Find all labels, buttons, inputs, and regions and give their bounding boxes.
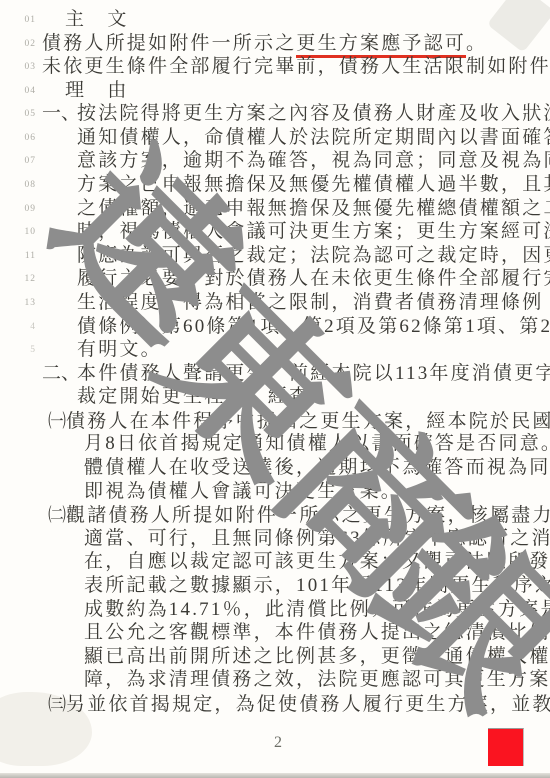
document-line: 在，自應以裁定認可該更生方案；又觀司法院所發佈之統計 xyxy=(0,550,550,574)
text-run: 體債權人在收受送達後，逾期均不為確答而視為同意，依法 xyxy=(84,457,550,478)
document-line: 障，為求清理債務之效，法院更應認可其更生方案。 xyxy=(0,668,550,692)
line-number: 09 xyxy=(0,201,36,217)
line-number: 02 xyxy=(0,36,36,52)
document-line: 04理 由 xyxy=(0,79,550,103)
document-line: 二、本件債務人聲請更生，前經本院以113年度消債更字第號 xyxy=(0,362,550,386)
document-line: 裁定開始更生程序。經查： xyxy=(0,385,550,409)
text-run: 障，為求清理債務之效，法院更應認可其更生方案。 xyxy=(84,669,550,690)
document-line: 02債務人所提如附件一所示之更生方案應予認可。 xyxy=(0,32,550,56)
sublist-marker: ㈡ xyxy=(48,503,66,527)
text-run: 成數約為14.71％，此清償比例亦可作為更生方案是否適當 xyxy=(84,599,550,620)
line-number: 11 xyxy=(0,248,36,264)
page-number: 2 xyxy=(258,734,298,752)
text-run: 通知債權人，命債權人於法院所定期間內以書面確答是否同 xyxy=(77,127,550,148)
red-underlined-text: 更生方案應予認可 xyxy=(296,33,466,58)
text-run: 時，視為債權人會議可決更生方案；更生方案經可決者，法 xyxy=(77,221,550,242)
line-number: 08 xyxy=(0,177,36,193)
line-number: 10 xyxy=(0,224,36,240)
document-line: 10時，視為債權人會議可決更生方案；更生方案經可決者，法 xyxy=(0,220,550,244)
text-run: 觀諸債務人所提如附件一所示之更生方案，核屬盡力清償而 xyxy=(66,505,550,526)
text-run: 生活程度，得為相當之限制，消費者債務清理條例（下稱消 xyxy=(77,292,550,313)
document-line: 適當、可行，且無同條例第63條所定不應認可之消極事由存 xyxy=(0,527,550,551)
text-run: 主 文 xyxy=(65,9,129,30)
document-line: 表所記載之數據顯示，101年至113年間更生程序之平均清償 xyxy=(0,574,550,598)
text-run: 債務人在本件程序中提出之更生方案，經本院於民國114年4 xyxy=(66,411,550,432)
text-run: 顯已高出前開所述之比例甚多，更徵普通債權人權益之保 xyxy=(84,646,550,667)
line-number: 01 xyxy=(0,12,36,28)
document-line: 08方案之已申報無擔保及無優先權債權人過半數，且其所代表 xyxy=(0,173,550,197)
text-run: 。 xyxy=(466,33,487,54)
text-run: 未依更生條件全部履行完畢前，債務人生活限制如附件二所示。 xyxy=(42,56,550,77)
document-line: 月8日依首揭規定通知債權人以書面確答是否同意。本件全 xyxy=(0,432,550,456)
document-line: ㈡觀諸債務人所提如附件一所示之更生方案，核屬盡力清償而 xyxy=(0,503,550,527)
document-line: 06通知債權人，命債權人於法院所定期間內以書面確答是否同 xyxy=(0,126,550,150)
line-number: 13 xyxy=(0,295,36,311)
list-marker: 二、 xyxy=(42,362,77,386)
document-line: 成數約為14.71％，此清償比例亦可作為更生方案是否適當 xyxy=(0,598,550,622)
line-number: 12 xyxy=(0,271,36,287)
text-run: 另並依首揭規定，為促使債務人履行更生方案，並教育其合 xyxy=(66,694,550,715)
document-line: 11院應為認可與否之裁定；法院為認可之裁定時，因更生方案 xyxy=(0,244,550,268)
text-run: 履行之必要，對於債務人在未依更生條件全部履行完畢前之 xyxy=(77,268,550,289)
document-line: 13生活程度，得為相當之限制，消費者債務清理條例（下稱消 xyxy=(0,291,550,315)
text-run: 債務人所提如附件一所示之 xyxy=(42,33,296,54)
line-number: 06 xyxy=(0,130,36,146)
text-run: 有明文。 xyxy=(77,339,162,360)
text-run: 院應為認可與否之裁定；法院為認可之裁定時，因更生方案 xyxy=(77,245,550,266)
line-number: 07 xyxy=(0,153,36,169)
list-marker: 一、 xyxy=(42,102,77,126)
document-line: 體債權人在收受送達後，逾期均不為確答而視為同意，依法 xyxy=(0,456,550,480)
document-line: 07意該方案，逾期不為確答，視為同意；同意及視為同意更生 xyxy=(0,149,550,173)
line-number: 4 xyxy=(0,319,36,335)
document-line: ㈠債務人在本件程序中提出之更生方案，經本院於民國114年4 xyxy=(0,409,550,433)
document-line: 且公允之客觀標準，本件債務人提出之總清償比例為60％， xyxy=(0,621,550,645)
sublist-marker: ㈢ xyxy=(48,692,66,716)
text-run: 債條例）第60條第1項、第2項及第62條第1項、第2項分別定 xyxy=(77,316,550,337)
document-line: 顯已高出前開所述之比例甚多，更徵普通債權人權益之保 xyxy=(0,645,550,669)
text-run: 裁定開始更生程序。經查： xyxy=(77,386,331,407)
line-number: 03 xyxy=(0,59,36,75)
document-line: ㈢另並依首揭規定，為促使債務人履行更生方案，並教育其合 xyxy=(0,692,550,716)
text-run: 月8日依首揭規定通知債權人以書面確答是否同意。本件全 xyxy=(84,433,550,454)
text-run: 且公允之客觀標準，本件債務人提出之總清償比例為60％， xyxy=(84,622,550,643)
text-run: 適當、可行，且無同條例第63條所定不應認可之消極事由存 xyxy=(84,528,550,549)
document-line: 01主 文 xyxy=(0,8,550,32)
document-line: 05一、按法院得將更生方案之內容及債務人財產及收入狀況報告書 xyxy=(0,102,550,126)
text-run: 理 由 xyxy=(65,80,129,101)
text-run: 即視為債權人會議可決更生方案。 xyxy=(84,481,402,502)
document-line: 即視為債權人會議可決更生方案。 xyxy=(0,480,550,504)
text-run: 表所記載之數據顯示，101年至113年間更生程序之平均清償 xyxy=(84,575,550,596)
document-line: 12履行之必要，對於債務人在未依更生條件全部履行完畢前之 xyxy=(0,267,550,291)
document-line: 4債條例）第60條第1項、第2項及第62條第1項、第2項分別定 xyxy=(0,315,550,339)
redaction-box-corner xyxy=(488,728,524,766)
text-run: 按法院得將更生方案之內容及債務人財產及收入狀況報告書 xyxy=(77,103,550,124)
line-number: 05 xyxy=(0,106,36,122)
text-run: 之債權額，逾已申報無擔保及無優先權總債權額之二分之一 xyxy=(77,198,550,219)
document-line: 09之債權額，逾已申報無擔保及無優先權總債權額之二分之一 xyxy=(0,197,550,221)
document-line: 03未依更生條件全部履行完畢前，債務人生活限制如附件二所示。 xyxy=(0,55,550,79)
line-number: 5 xyxy=(0,342,36,358)
document-line: 5有明文。 xyxy=(0,338,550,362)
text-run: 方案之已申報無擔保及無優先權債權人過半數，且其所代表 xyxy=(77,174,550,195)
text-run: 本件債務人聲請更生，前經本院以113年度消債更字第 xyxy=(77,363,550,384)
text-run: 意該方案，逾期不為確答，視為同意；同意及視為同意更生 xyxy=(77,150,550,171)
line-number: 04 xyxy=(0,83,36,99)
sublist-marker: ㈠ xyxy=(48,409,66,433)
scanned-court-document-page: 01主 文02債務人所提如附件一所示之更生方案應予認可。03未依更生條件全部履行… xyxy=(0,0,550,778)
text-run: 在，自應以裁定認可該更生方案；又觀司法院所發佈之統計 xyxy=(84,551,550,572)
document-text-layer: 01主 文02債務人所提如附件一所示之更生方案應予認可。03未依更生條件全部履行… xyxy=(0,0,550,778)
